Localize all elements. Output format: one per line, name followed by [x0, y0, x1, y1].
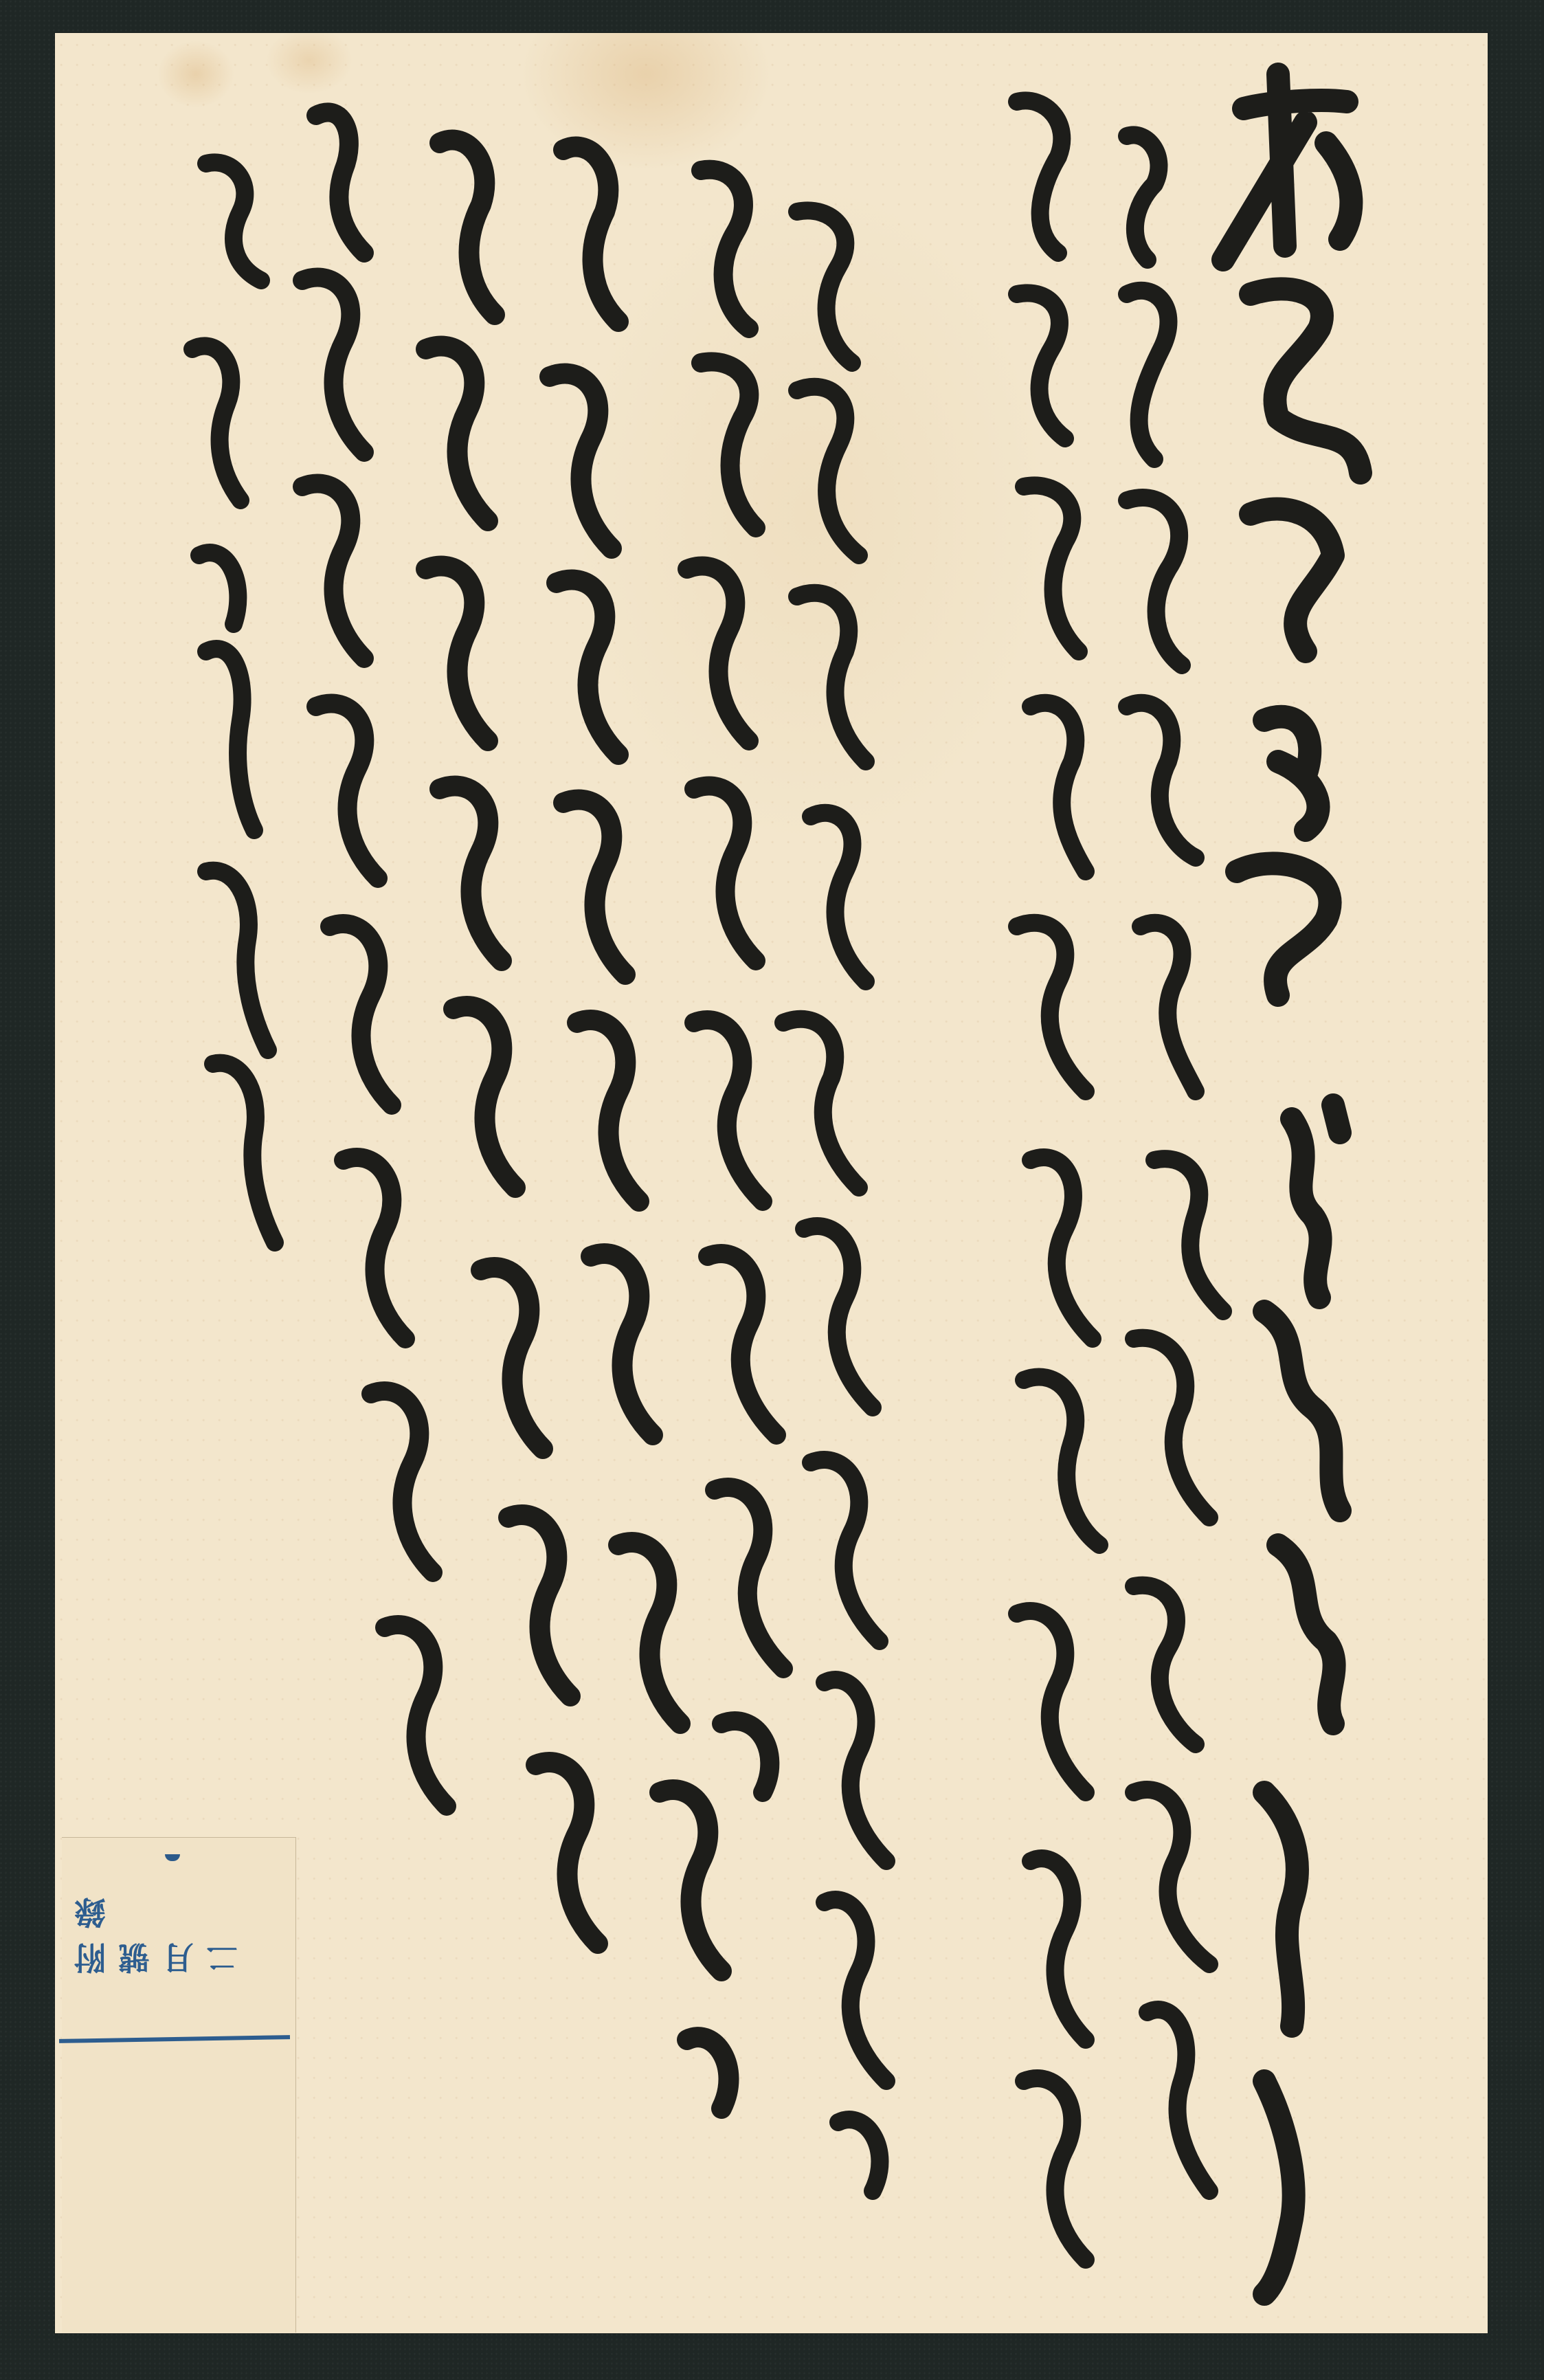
label-rule-line: [59, 2035, 290, 2043]
issue-label-slip: 二月號附錄: [62, 1837, 296, 2333]
label-ink-dot: [165, 1854, 180, 1861]
column-8: [302, 112, 447, 1806]
column-2: [1127, 135, 1223, 2191]
column-9: [192, 162, 275, 1243]
column-5: [687, 170, 783, 1792]
calligraphy-paper: 二月號附錄: [55, 33, 1488, 2333]
column-4: [783, 210, 886, 2191]
label-text: 二月號附錄: [62, 1941, 275, 1982]
column-7: [426, 140, 598, 1944]
column-1: [1223, 74, 1361, 2294]
column-3: [1017, 100, 1099, 2260]
